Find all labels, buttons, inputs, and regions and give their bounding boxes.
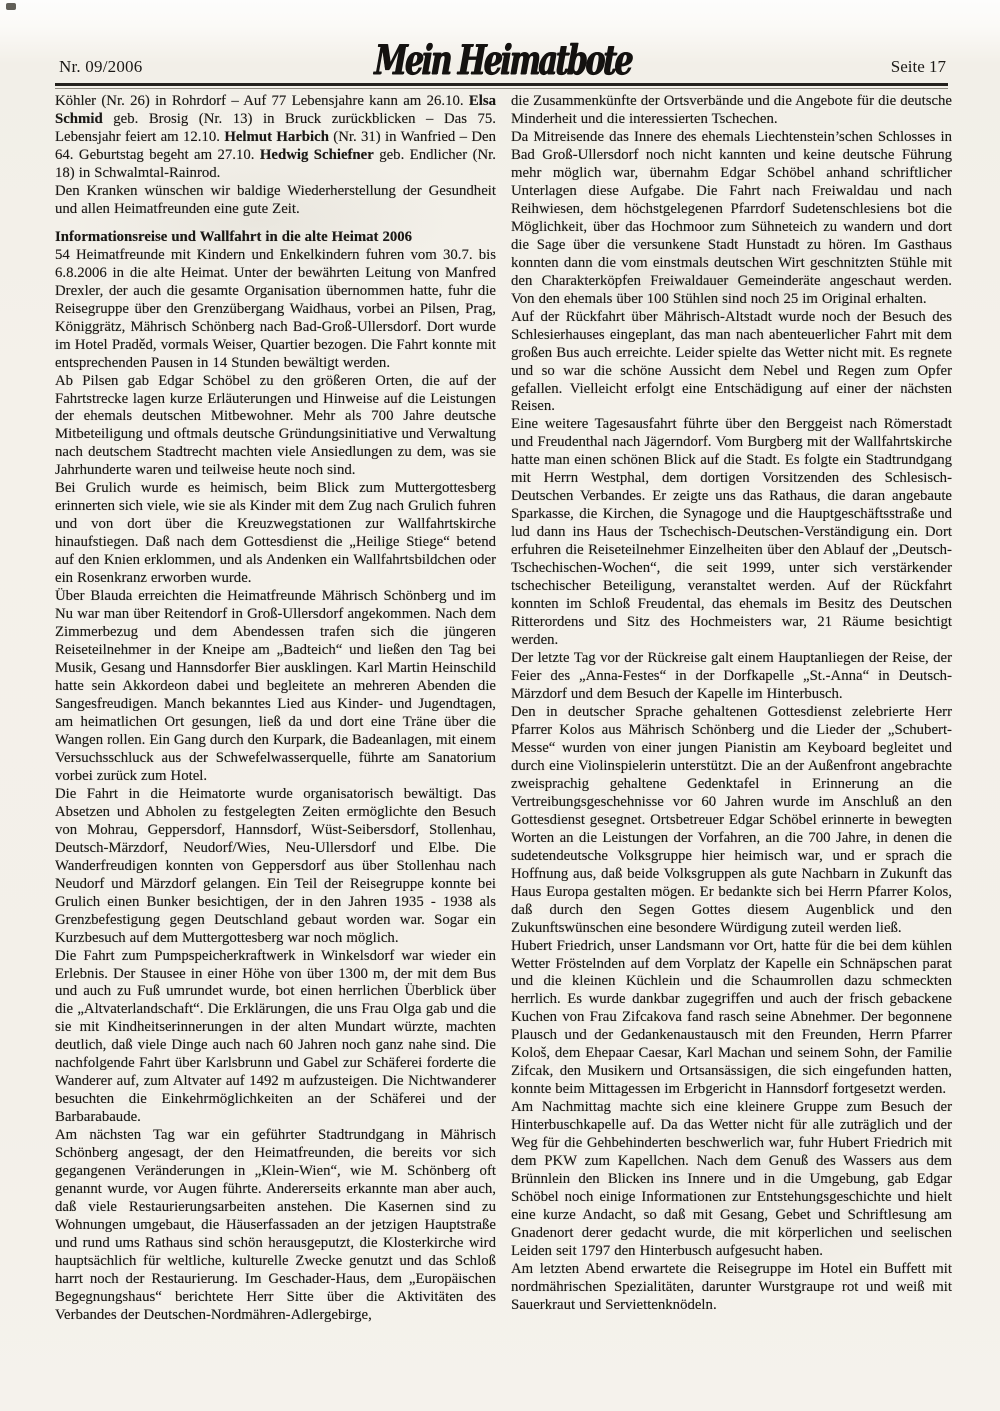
article-paragraph: 54 Heimatfreunde mit Kindern und Enkelki… [55,247,496,373]
masthead-logo: Mein Heimatbote [373,36,631,84]
right-column: die Zusammenkünfte der Ortsverbände und … [511,93,952,1325]
article-paragraph: Die Fahrt zum Pumpspeicherkraftwerk in W… [55,948,496,1128]
newspaper-page: Nr. 09/2006 Mein Heimatbote Seite 17 Köh… [0,0,1000,1411]
article-paragraph: Am letzten Abend erwartete die Reisegrup… [511,1261,952,1315]
article-paragraph: die Zusammenkünfte der Ortsverbände und … [511,93,952,129]
scan-artifact [6,3,16,10]
article-paragraph: Eine weitere Tagesausfahrt führte über d… [511,416,952,650]
article-paragraph: Den in deutscher Sprache gehaltenen Gott… [511,704,952,938]
article-paragraph: Ab Pilsen gab Edgar Schöbel zu den größe… [55,373,496,481]
article-paragraph: Den Kranken wünschen wir baldige Wiederh… [55,183,496,219]
article-paragraph: Köhler (Nr. 26) in Rohrdorf – Auf 77 Leb… [55,93,496,183]
left-column: Köhler (Nr. 26) in Rohrdorf – Auf 77 Leb… [55,93,496,1325]
page-number: Seite 17 [891,57,946,77]
article-body: Köhler (Nr. 26) in Rohrdorf – Auf 77 Leb… [55,93,952,1325]
article-paragraph: Hubert Friedrich, unser Landsmann vor Or… [511,938,952,1100]
issue-number: Nr. 09/2006 [59,57,142,77]
article-paragraph: Bei Grulich wurde es heimisch, beim Blic… [55,480,496,588]
page-header: Nr. 09/2006 Mein Heimatbote Seite 17 [55,0,948,82]
article-paragraph: Über Blauda erreichten die Heimatfreunde… [55,588,496,786]
article-paragraph: Der letzte Tag vor der Rückreise galt ei… [511,650,952,704]
header-rule [55,83,948,86]
article-paragraph: Am nächsten Tag war ein geführter Stadtr… [55,1127,496,1325]
article-paragraph: Am Nachmittag machte sich eine kleinere … [511,1099,952,1261]
article-paragraph: Da Mitreisende das Innere des ehemals Li… [511,129,952,309]
article-paragraph: Die Fahrt in die Heimatorte wurde organi… [55,786,496,948]
article-paragraph: Auf der Rückfahrt über Mährisch-Altstadt… [511,309,952,417]
section-heading: Informationsreise und Wallfahrt in die a… [55,229,496,247]
